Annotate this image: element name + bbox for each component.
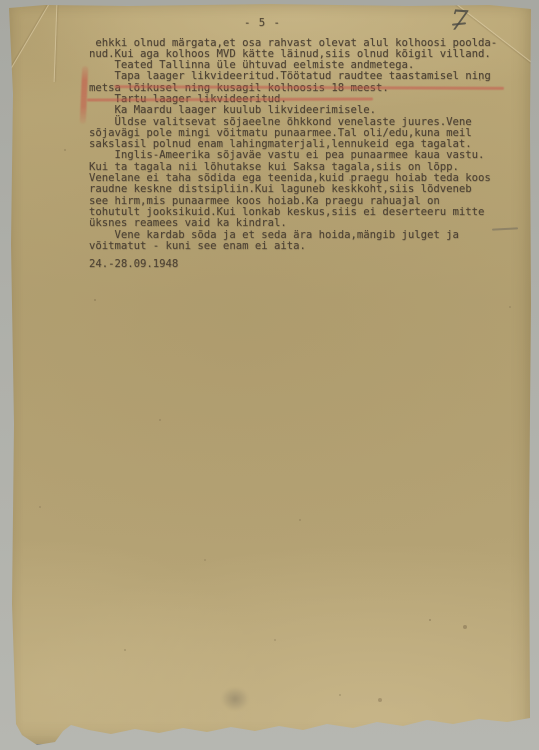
paper-speckles [9,4,11,6]
text-line: üksnes reamees vaid ka kindral. [89,218,519,229]
red-margin-stroke [80,66,89,124]
text-line: Ka Maardu laager kuulub likvideerimisele… [89,105,519,116]
typed-date: 24.-28.09.1948 [89,258,178,270]
document-page: - 5 - 7 ehkki olnud märgata,et osa rahva… [9,4,531,744]
handwritten-page-number: 7 [450,6,480,40]
text-line: raudne keskne distsipliin.Kui laguneb ke… [89,184,519,195]
handwritten-7-digit: 7 [449,5,469,36]
text-line: võitmatut - kuni see enam ei aita. [89,241,519,252]
typed-page-number: - 5 - [244,17,281,29]
paper-crease-top-left [0,3,50,90]
paper-crease-vertical [54,4,58,82]
typed-text-block: ehkki olnud märgata,et osa rahvast oleva… [89,38,519,253]
paper-smudge [221,687,249,711]
text-line: Tapa laager likvideeritud.Töötatud raudt… [89,71,519,82]
